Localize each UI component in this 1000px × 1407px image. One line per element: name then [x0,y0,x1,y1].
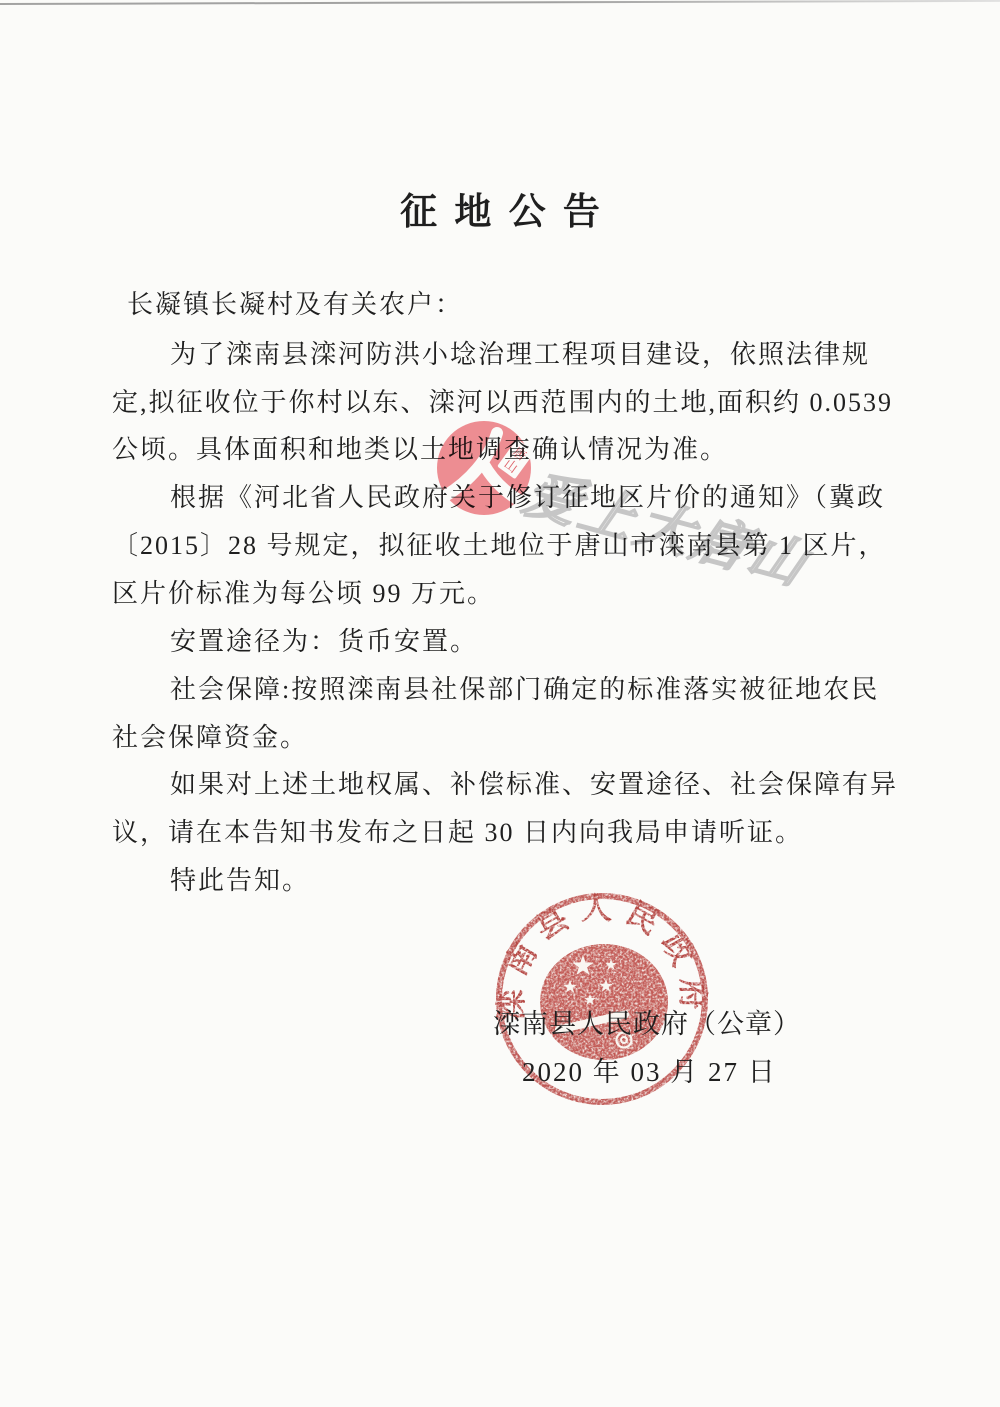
body-line: 特此告知。 [170,860,310,897]
watermark-logo: 唐 山 [433,417,538,522]
body-line: 为了滦南县滦河防洪小埝治理工程项目建设，依照法律规 [170,334,870,371]
official-seal: 滦南县人民政府 [467,863,737,1133]
scanned-notice-page: 征 地 公 告 长凝镇长凝村及有关农户： 为了滦南县滦河防洪小埝治理工程项目建设… [0,0,1000,1407]
signature-line: 滦南县人民政府（公章） [493,1002,801,1041]
body-line: 社会保障:按照滦南县社保部门确定的标准落实被征地农民 [170,669,879,706]
body-line: 定,拟征收位于你村以东、滦河以西范围内的土地,面积约 0.0539 [112,382,893,419]
salutation-line: 长凝镇长凝村及有关农户： [127,284,463,321]
body-line: 议，请在本告知书发布之日起 30 日内向我局申请听证。 [112,812,803,849]
body-line: 如果对上述土地权属、补偿标准、安置途径、社会保障有异 [170,764,898,801]
scan-edge-artifact [0,0,1000,5]
body-line: 公顷。具体面积和地类以土地调查确认情况为准。 [112,429,728,466]
date-line: 2020 年 03 月 27 日 [522,1050,777,1089]
notice-title: 征 地 公 告 [0,181,1000,235]
body-line: 社会保障资金。 [112,717,308,754]
body-line: 安置途径为：货币安置。 [170,621,478,658]
body-line: 区片价标准为每公顷 99 万元。 [112,573,495,610]
body-line: 〔2015〕28 号规定，拟征收土地位于唐山市滦南县第 1 区片， [112,525,887,562]
